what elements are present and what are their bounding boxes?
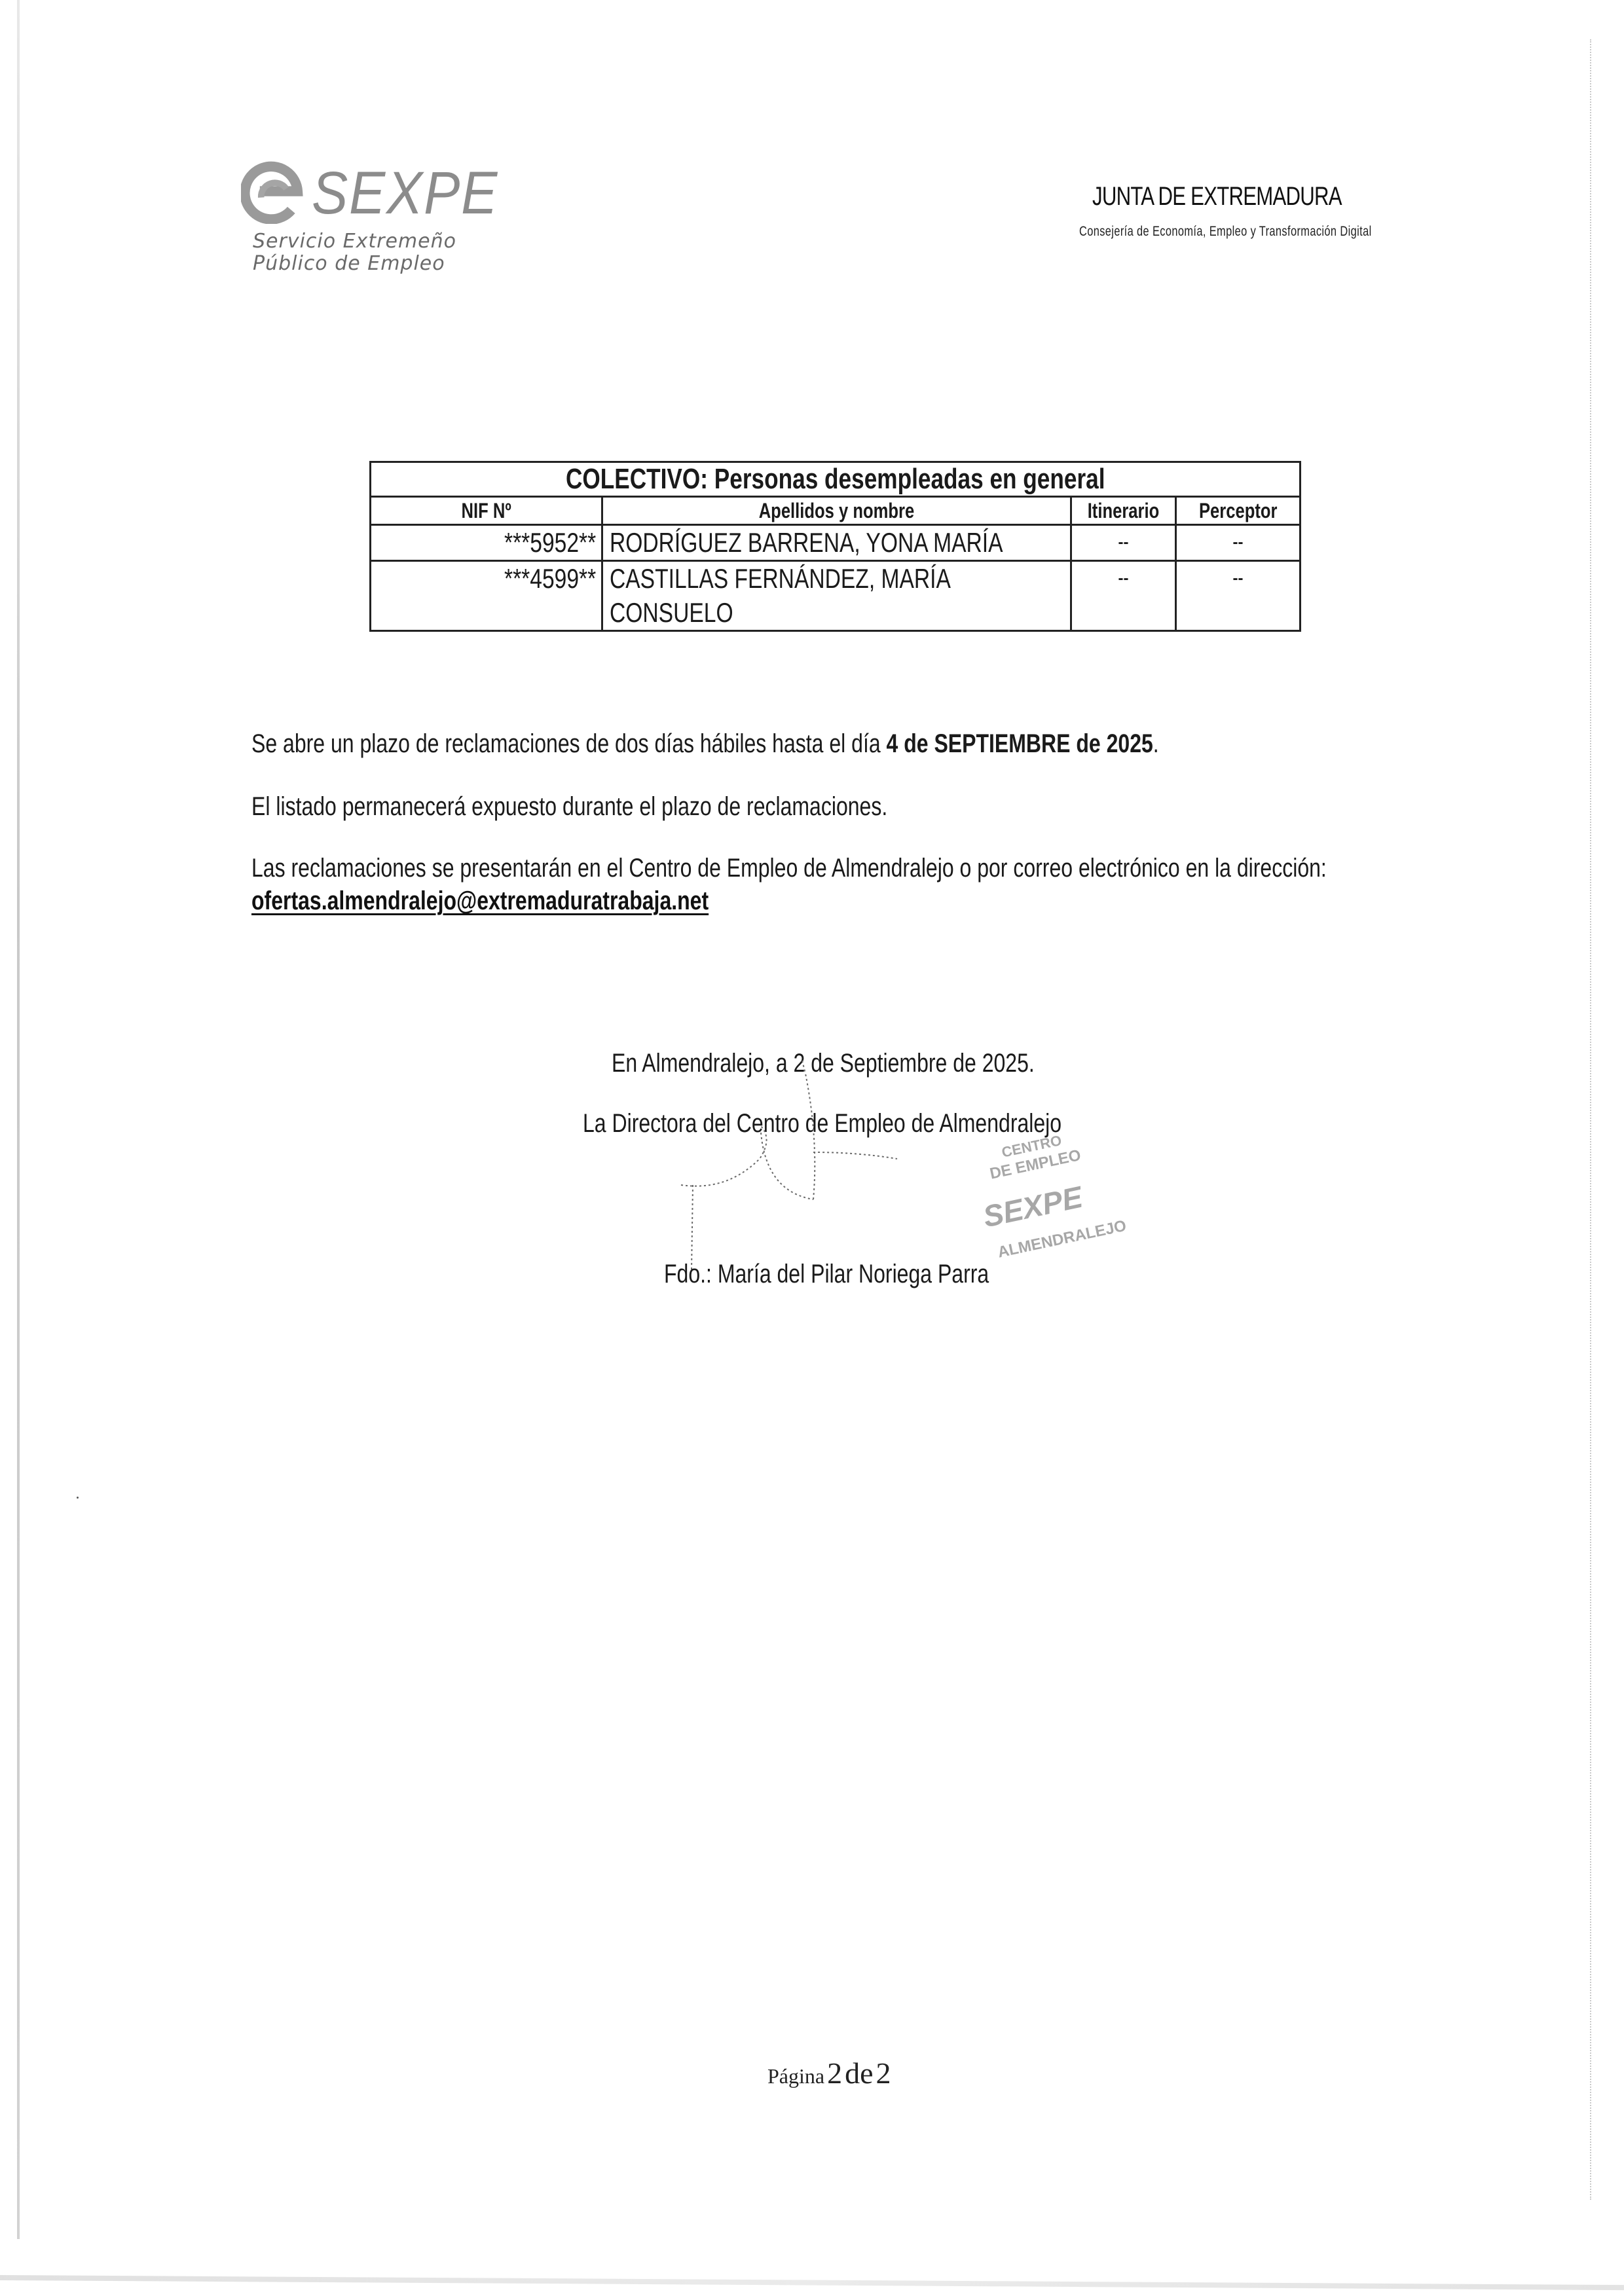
- handwritten-signature: [642, 1061, 917, 1277]
- column-header-perceptor: Perceptor: [1176, 497, 1301, 525]
- nif-cell: ***5952**: [371, 525, 602, 561]
- name-cell: RODRÍGUEZ BARRENA, YONA MARÍA: [602, 525, 1071, 561]
- department-name: Consejería de Economía, Empleo y Transfo…: [1079, 224, 1372, 240]
- nif-cell: ***4599**: [371, 561, 602, 631]
- logo-subtitle-line1: Servicio Extremeño: [253, 230, 456, 253]
- institution-name: JUNTA DE EXTREMADURA: [1092, 182, 1342, 211]
- sexpe-logo: SEXPE Servicio Extremeño Público de Empl…: [241, 157, 464, 282]
- scan-speck: [77, 1497, 79, 1499]
- scan-edge-bottom: [0, 2275, 1624, 2290]
- name-cell: CASTILLAS FERNÁNDEZ, MARÍA CONSUELO: [602, 561, 1071, 631]
- claims-deadline-text: Se abre un plazo de reclamaciones de dos…: [251, 728, 1159, 759]
- table-row: ***4599** CASTILLAS FERNÁNDEZ, MARÍA CON…: [371, 561, 1301, 631]
- column-header-itinerario: Itinerario: [1071, 497, 1176, 525]
- scan-edge-right: [1590, 39, 1593, 2200]
- claims-submission-text: Las reclamaciones se presentarán en el C…: [251, 852, 1327, 884]
- sexpe-e-icon: [241, 161, 304, 224]
- table-row: ***5952** RODRÍGUEZ BARRENA, YONA MARÍA …: [371, 525, 1301, 561]
- scan-edge-left: [17, 0, 20, 2239]
- column-header-nif: NIF Nº: [371, 497, 602, 525]
- claims-email-line: ofertas.almendralejo@extremaduratrabaja.…: [251, 885, 709, 917]
- table-title: COLECTIVO: Personas desempleadas en gene…: [371, 462, 1301, 497]
- logo-wordmark: SEXPE: [312, 157, 498, 229]
- signed-by: Fdo.: María del Pilar Noriega Parra: [664, 1258, 989, 1290]
- deadline-date: 4 de SEPTIEMBRE de 2025: [887, 729, 1153, 758]
- exposure-notice-text: El listado permanecerá expuesto durante …: [251, 791, 887, 822]
- logo-subtitle-line2: Público de Empleo: [253, 253, 445, 275]
- column-header-name: Apellidos y nombre: [602, 497, 1071, 525]
- page-number: Página 2 de 2: [767, 2056, 891, 2090]
- itinerario-cell: --: [1071, 525, 1176, 561]
- itinerario-cell: --: [1071, 561, 1176, 631]
- perceptor-cell: --: [1176, 561, 1301, 631]
- claims-email-link[interactable]: ofertas.almendralejo@extremaduratrabaja.…: [251, 886, 709, 915]
- candidates-table: COLECTIVO: Personas desempleadas en gene…: [369, 461, 1301, 632]
- perceptor-cell: --: [1176, 525, 1301, 561]
